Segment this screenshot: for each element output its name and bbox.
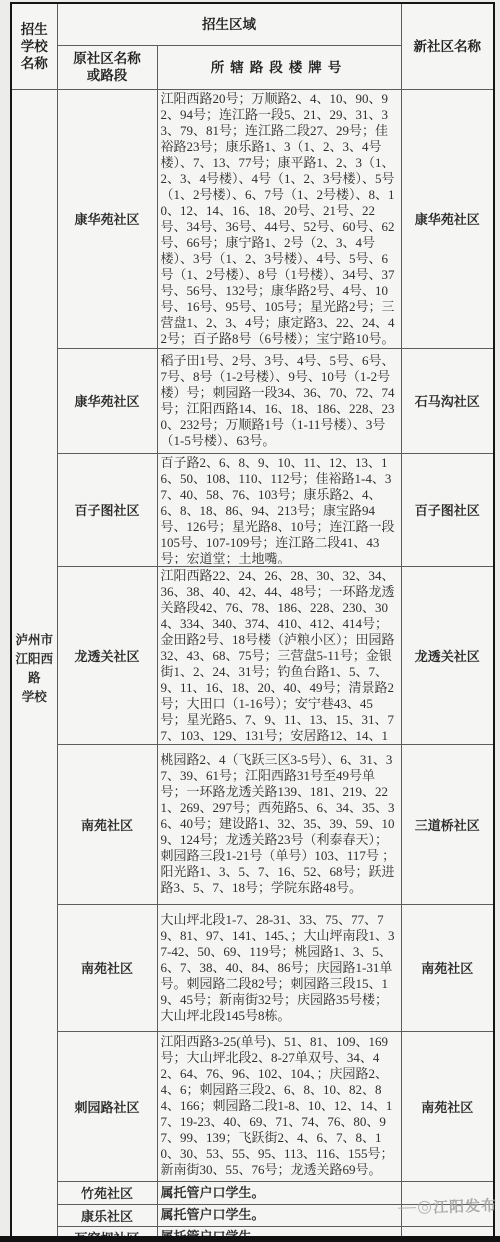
new-community-cell: 康华苑社区 xyxy=(401,89,494,348)
old-community-cell: 竹苑社区 xyxy=(57,1181,157,1204)
streets-text: 属托管户口学生。 xyxy=(161,1207,398,1223)
streets-cell: 桃园路2、4（飞跃三区3-5号）、6、31、37、39、61号；江阳西路31号至… xyxy=(157,744,401,904)
streets-text: 桃园路2、4（飞跃三区3-5号）、6、31、37、39、61号；江阳西路31号至… xyxy=(161,752,398,896)
scan-bottom-bar xyxy=(0,1236,500,1242)
streets-text: 江阳西路20号；万顺路2、4、10、90、92、94号；连江路一段5、21、29… xyxy=(161,91,398,346)
jiangyang-fabu-watermark: 江阳发布 xyxy=(398,1192,499,1219)
header-old-community-line2: 或路段 xyxy=(61,67,154,84)
table-row: 百子图社区 百子路2、6、8、9、10、11、12、13、16、50、108、1… xyxy=(11,453,494,566)
streets-cell: 江阳西路22、24、26、28、30、32、34、36、38、40、42、44、… xyxy=(157,566,401,744)
table-row: 泸州市 江阳西路 学校 康华苑社区 江阳西路20号；万顺路2、4、10、90、9… xyxy=(11,89,494,348)
streets-text: 属托管户口学生。 xyxy=(161,1185,398,1201)
streets-cell: 大山坪北段1-7、28-31、33、75、77、79、81、97、141、145… xyxy=(157,904,401,1031)
old-community-cell: 康乐社区 xyxy=(57,1204,157,1226)
streets-cell: 百子路2、6、8、9、10、11、12、13、16、50、108、110、112… xyxy=(157,453,401,566)
table-row: 南苑社区 桃园路2、4（飞跃三区3-5号）、6、31、37、39、61号；江阳西… xyxy=(11,744,494,904)
old-community-cell: 康华苑社区 xyxy=(57,348,157,453)
header-row-1: 招生学校 名称 招生区域 新社区名称 xyxy=(11,3,494,45)
streets-text: 江阳西路3-25(单号)、51、81、109、169号；大山坪北段2、8-27单… xyxy=(161,1034,398,1178)
header-streets: 所辖路段楼牌号 xyxy=(157,45,401,89)
school-name-line2: 江阳西路 xyxy=(15,650,54,688)
streets-text: 江阳西路22、24、26、28、30、32、34、36、38、40、42、44、… xyxy=(161,568,398,742)
streets-text: 百子路2、6、8、9、10、11、12、13、16、50、108、110、112… xyxy=(161,455,398,564)
streets-cell: 江阳西路20号；万顺路2、4、10、90、92、94号；连江路一段5、21、29… xyxy=(157,89,401,348)
streets-cell: 属托管户口学生。 xyxy=(157,1204,401,1226)
watermark-text: 江阳发布 xyxy=(433,1194,498,1217)
old-community-cell: 刺园路社区 xyxy=(57,1031,157,1181)
old-community-cell: 康华苑社区 xyxy=(57,89,157,348)
new-community-cell: 百子图社区 xyxy=(401,453,494,566)
old-community-cell: 百子图社区 xyxy=(57,453,157,566)
header-school-line1: 招生学校 xyxy=(15,21,54,55)
header-enroll-area: 招生区域 xyxy=(57,3,401,45)
new-community-cell: 石马沟社区 xyxy=(401,348,494,453)
old-community-cell: 南苑社区 xyxy=(57,744,157,904)
enrollment-district-table: 招生学校 名称 招生区域 新社区名称 原社区名称 或路段 所辖路段楼牌号 泸州市… xyxy=(10,2,495,1242)
header-new-community: 新社区名称 xyxy=(401,3,494,89)
streets-cell: 属托管户口学生。 xyxy=(157,1181,401,1204)
new-community-cell: 三道桥社区 xyxy=(401,744,494,904)
new-community-cell: 南苑社区 xyxy=(401,904,494,1031)
watermark-logo-icon xyxy=(418,1200,431,1213)
new-community-cell: 南苑社区 xyxy=(401,1031,494,1181)
table-row: 龙透关社区 江阳西路22、24、26、28、30、32、34、36、38、40、… xyxy=(11,566,494,744)
school-name-line1: 泸州市 xyxy=(15,631,54,650)
header-old-community-line1: 原社区名称 xyxy=(61,50,154,67)
school-name-line3: 学校 xyxy=(15,688,54,707)
streets-cell: 江阳西路3-25(单号)、51、81、109、169号；大山坪北段2、8-27单… xyxy=(157,1031,401,1181)
streets-text: 大山坪北段1-7、28-31、33、75、77、79、81、97、141、145… xyxy=(161,912,398,1024)
school-name-cell: 泸州市 江阳西路 学校 xyxy=(11,89,57,1242)
new-community-cell: 龙透关社区 xyxy=(401,566,494,744)
header-school-name: 招生学校 名称 xyxy=(11,3,57,89)
watermark-line xyxy=(398,1207,416,1209)
enrollment-table-sheet: 招生学校 名称 招生区域 新社区名称 原社区名称 或路段 所辖路段楼牌号 泸州市… xyxy=(10,2,493,1242)
old-community-cell: 南苑社区 xyxy=(57,904,157,1031)
old-community-cell: 龙透关社区 xyxy=(57,566,157,744)
table-row: 刺园路社区 江阳西路3-25(单号)、51、81、109、169号；大山坪北段2… xyxy=(11,1031,494,1181)
table-row: 康华苑社区 稻子田1号、2号、3号、4号、5号、6号、7号、8号（1-2号楼）、… xyxy=(11,348,494,453)
scanned-enrollment-table-page: { "table": { "header": { "school_col": {… xyxy=(0,0,500,1242)
header-old-community: 原社区名称 或路段 xyxy=(57,45,157,89)
table-row: 南苑社区 大山坪北段1-7、28-31、33、75、77、79、81、97、14… xyxy=(11,904,494,1031)
streets-cell: 稻子田1号、2号、3号、4号、5号、6号、7号、8号（1-2号楼）、9号、10号… xyxy=(157,348,401,453)
streets-text: 稻子田1号、2号、3号、4号、5号、6号、7号、8号（1-2号楼）、9号、10号… xyxy=(161,353,398,449)
header-school-line2: 名称 xyxy=(15,55,54,72)
